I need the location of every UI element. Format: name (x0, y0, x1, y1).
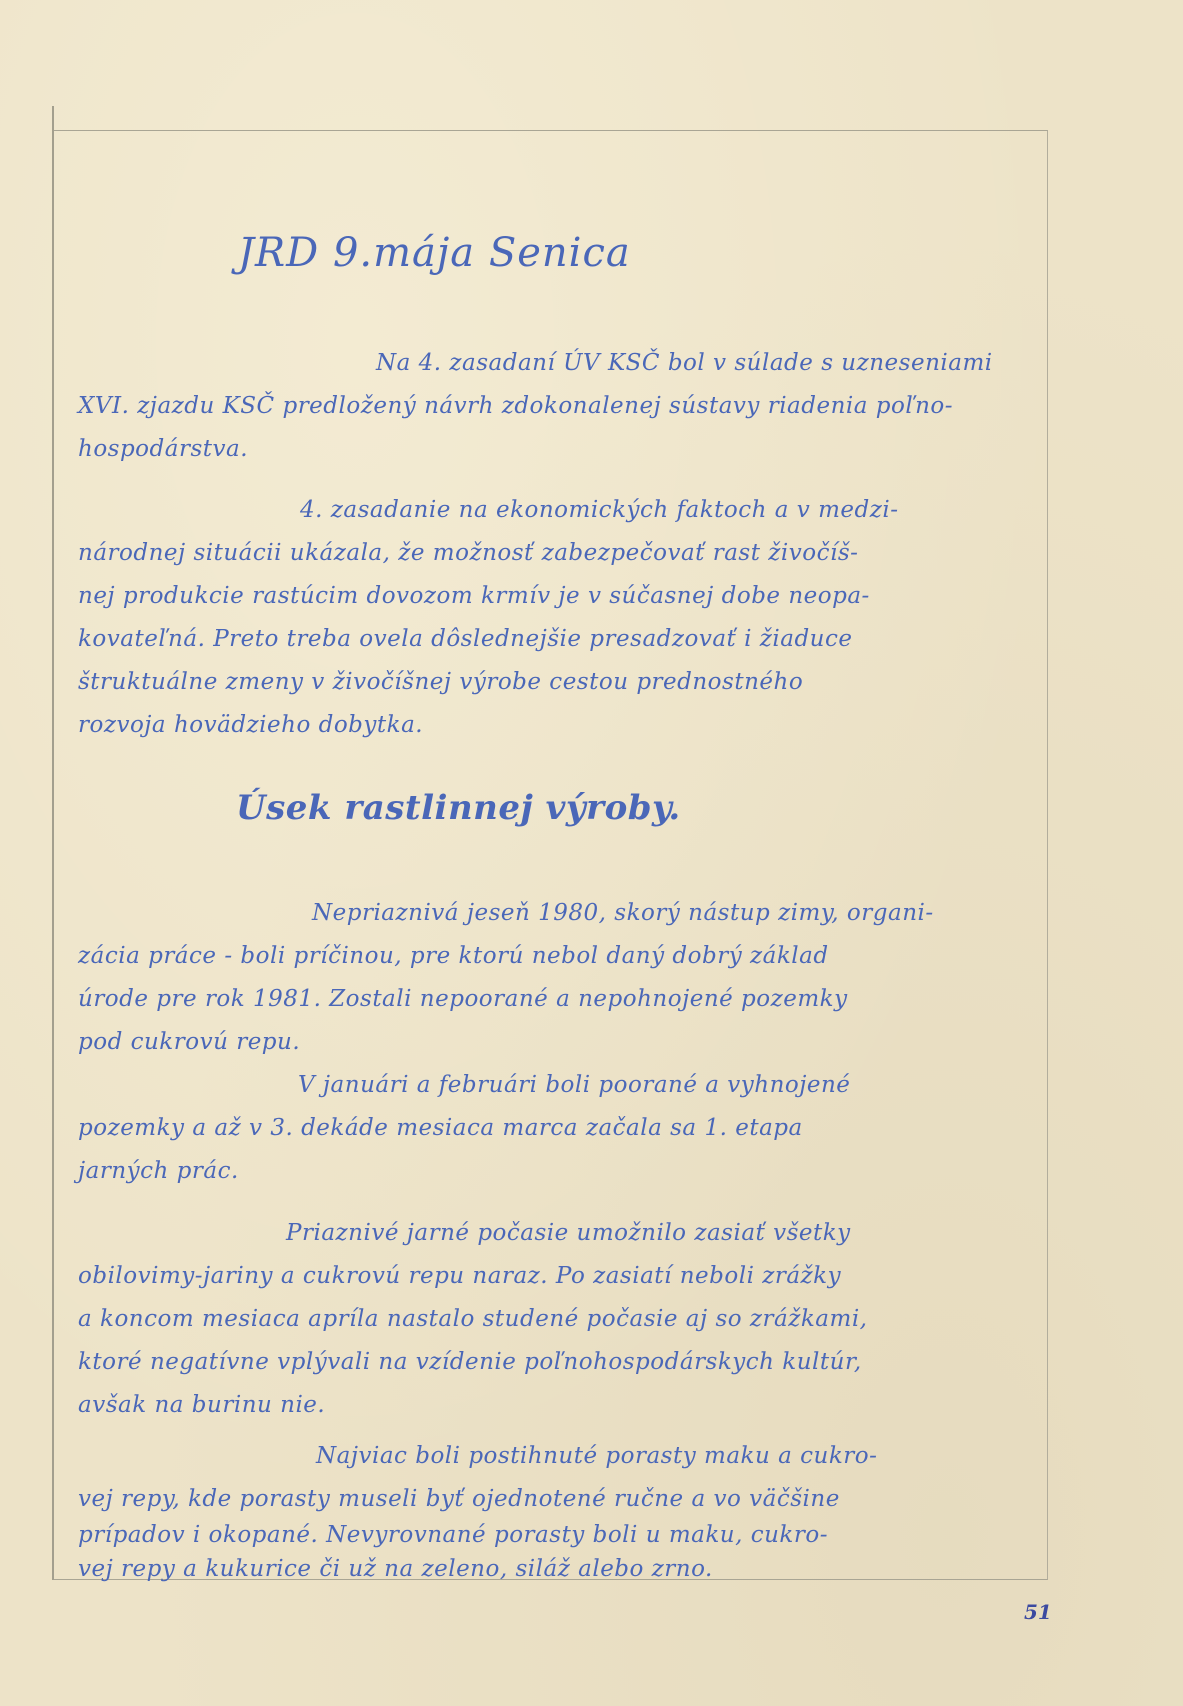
page-number: 51 (1024, 1600, 1052, 1624)
section-paragraph-3-line-4: ktoré negatívne vplývali na vzídenie poľ… (78, 1349, 862, 1375)
page-title: JRD 9.mája Senica (238, 230, 631, 276)
section-paragraph-4-line-2: vej repy, kde porasty museli byť ojednot… (78, 1486, 840, 1512)
section-paragraph-4-line-1: Najviac boli postihnuté porasty maku a c… (316, 1443, 877, 1469)
paragraph-1-line-2: XVI. zjazdu KSČ predložený návrh zdokona… (78, 393, 953, 419)
section-paragraph-2-line-1: V januári a februári boli poorané a vyhn… (298, 1072, 850, 1098)
section-paragraph-2-line-2: pozemky a až v 3. dekáde mesiaca marca z… (78, 1115, 803, 1141)
section-paragraph-2-line-3: jarných prác. (78, 1158, 239, 1184)
section-paragraph-1-line-2: zácia práce - boli príčinou, pre ktorú n… (78, 943, 829, 969)
paragraph-2-line-5: štruktuálne zmeny v živočíšnej výrobe ce… (78, 669, 803, 695)
section-paragraph-1-line-1: Nepriaznivá jeseň 1980, skorý nástup zim… (312, 900, 934, 926)
paragraph-1-line-1: Na 4. zasadaní ÚV KSČ bol v súlade s uzn… (376, 350, 993, 376)
section-paragraph-3-line-1: Priaznivé jarné počasie umožnilo zasiať … (286, 1220, 851, 1246)
section-paragraph-3-line-5: avšak na burinu nie. (78, 1392, 325, 1418)
section-paragraph-1-line-3: úrode pre rok 1981. Zostali nepoorané a … (78, 986, 848, 1012)
section-paragraph-3-line-2: obilovimy-jariny a cukrovú repu naraz. P… (78, 1263, 841, 1289)
section-paragraph-1-line-4: pod cukrovú repu. (78, 1029, 300, 1055)
section-paragraph-3-line-3: a koncom mesiaca apríla nastalo studené … (78, 1306, 868, 1332)
paragraph-2-line-3: nej produkcie rastúcim dovozom krmív je … (78, 583, 870, 609)
paragraph-2-line-4: kovateľná. Preto treba ovela dôslednejši… (78, 626, 853, 652)
section-heading: Úsek rastlinnej výroby. (236, 788, 681, 828)
section-paragraph-4-line-3: prípadov i okopané. Nevyrovnané porasty … (78, 1522, 828, 1548)
paragraph-2-line-1: 4. zasadanie na ekonomických faktoch a v… (300, 497, 898, 523)
paragraph-2-line-2: národnej situácii ukázala, že možnosť za… (78, 540, 858, 566)
paragraph-2-line-6: rozvoja hovädzieho dobytka. (78, 712, 423, 738)
paragraph-1-line-3: hospodárstva. (78, 436, 248, 462)
section-paragraph-4-line-4: vej repy a kukurice či už na zeleno, sil… (78, 1556, 713, 1582)
